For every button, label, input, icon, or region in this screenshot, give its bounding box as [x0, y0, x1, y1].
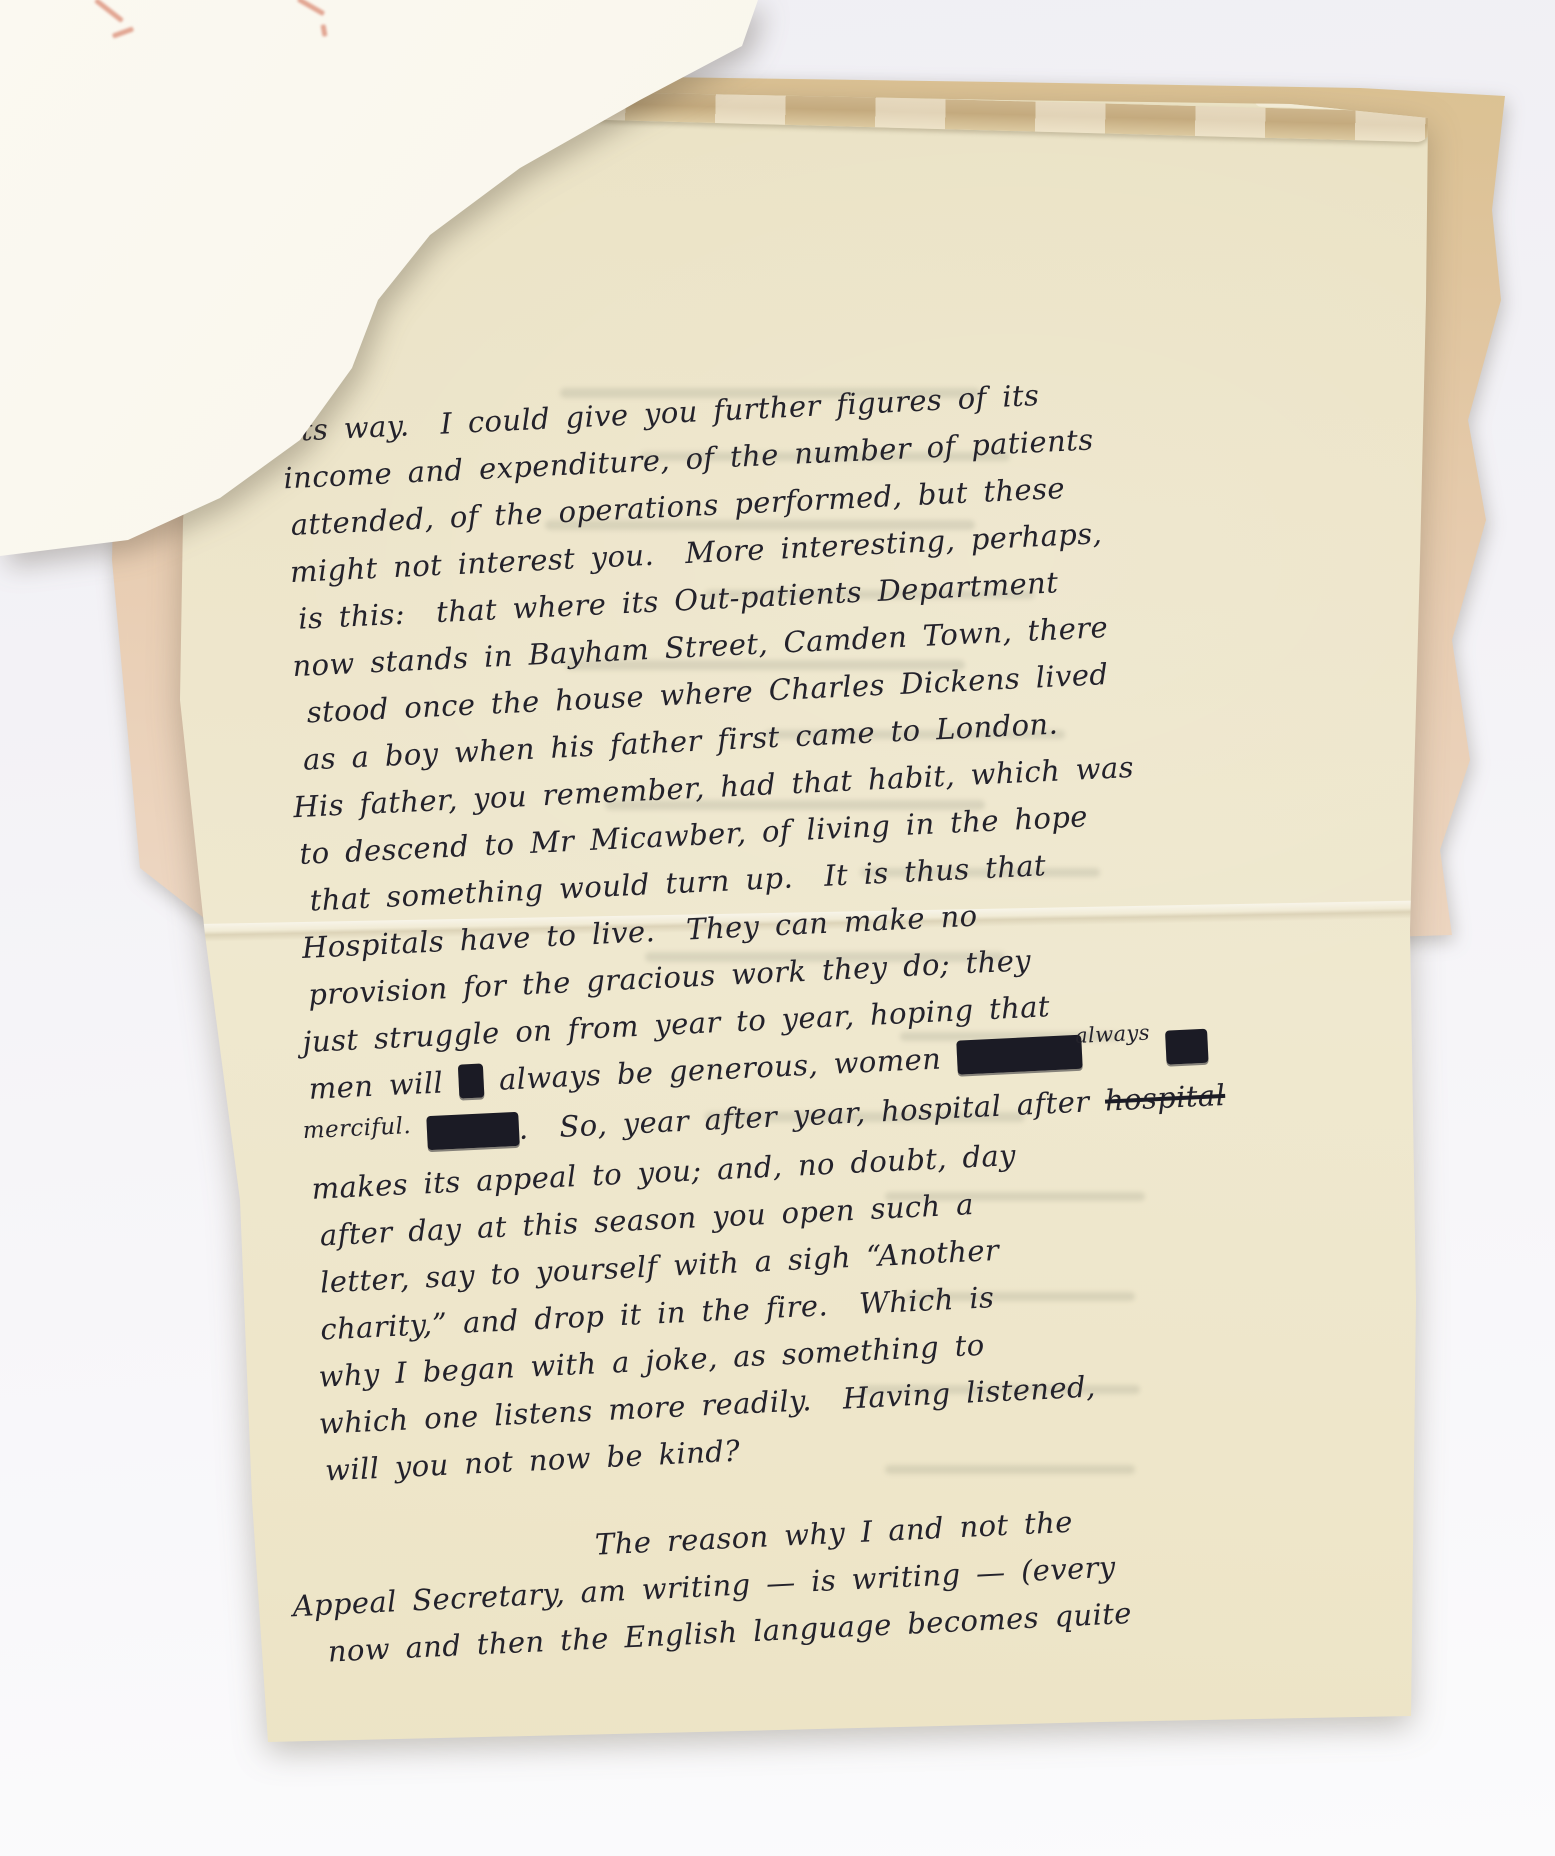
red-letterhead-bleed-mark	[297, 0, 325, 16]
folded-sheet-wrap	[0, 0, 1555, 1856]
red-letterhead-bleed-mark	[320, 24, 327, 37]
red-letterhead-bleed-mark	[94, 0, 124, 23]
folded-white-sheet	[0, 0, 1555, 1856]
photo-of-handwritten-letter: its way. I could give you further figure…	[0, 0, 1555, 1856]
red-letterhead-bleed-mark	[112, 26, 134, 38]
